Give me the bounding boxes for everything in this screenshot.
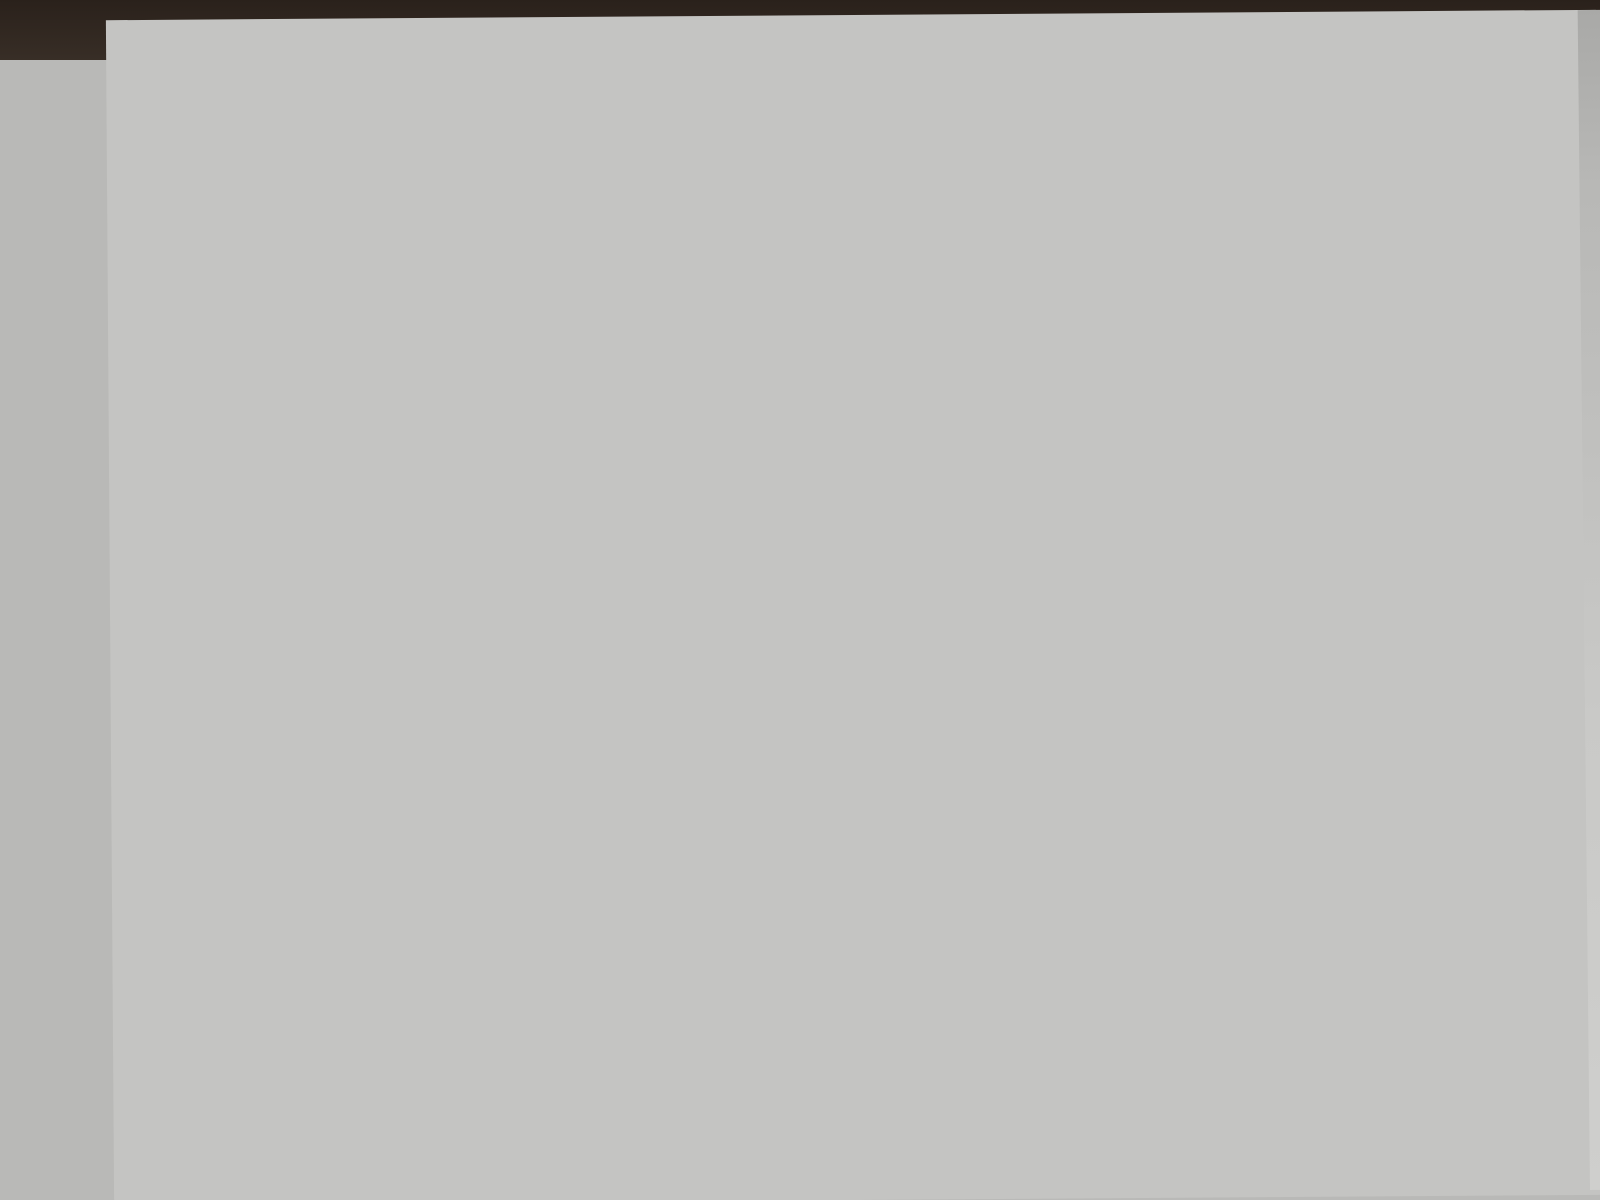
underlying-paper (106, 10, 1600, 1200)
